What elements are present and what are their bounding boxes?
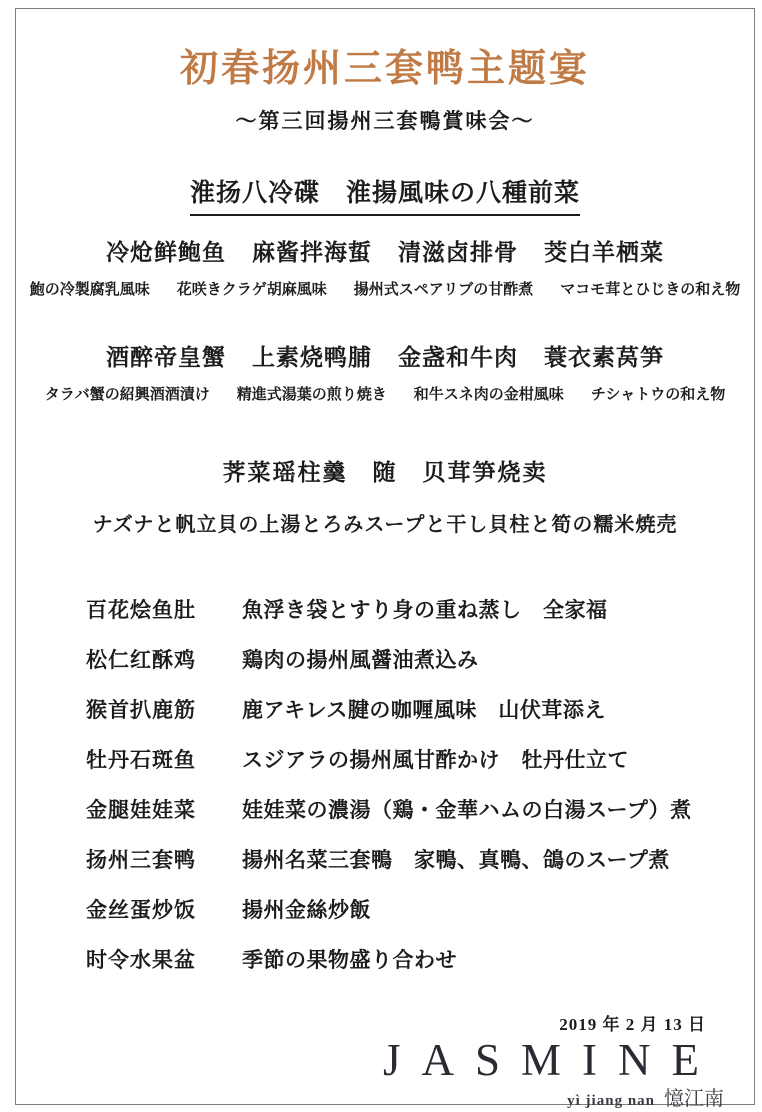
main-course-row: 扬州三套鸭 揚州名菜三套鴨 家鴨、真鴨、鴿のスープ煮 [86, 844, 754, 894]
course-name: 时令水果盆 [86, 944, 242, 974]
appetizer-row-2: 酒醉帝皇蟹 上素烧鸭脯 金盏和牛肉 蓑衣素莴笋 [16, 343, 754, 373]
appetizer-row-1: 冷炝鲜鲍鱼 麻酱拌海蜇 清滋卤排骨 茭白羊栖菜 [16, 238, 754, 268]
dish-description: タラバ蟹の紹興酒酒漬け [45, 385, 210, 406]
course-name: 猴首扒鹿筋 [86, 694, 242, 724]
dish-description: マコモ茸とひじきの和え物 [560, 280, 740, 301]
main-course-row: 金腿娃娃菜 娃娃菜の濃湯（鶏・金華ハムの白湯スープ）煮 [86, 794, 754, 844]
logo-wordmark: JASMINE [383, 1035, 720, 1085]
course-name: 金丝蛋炒饭 [86, 894, 242, 924]
course-description: 季節の果物盛り合わせ [242, 944, 457, 974]
menu-date: 2019 年 2 月 13 日 [16, 1010, 754, 1035]
soup-course-name: 荠菜瑶柱羹 随 贝茸笋烧卖 [16, 458, 754, 488]
dish-description: 鮑の冷製腐乳風味 [30, 280, 150, 301]
menu-subtitle: ～第三回揚州三套鴨賞味会～ [16, 107, 754, 135]
main-course-row: 猴首扒鹿筋 鹿アキレス腱の咖喱風味 山伏茸添え [86, 694, 754, 744]
course-name: 扬州三套鸭 [86, 844, 242, 874]
menu-page: 初春扬州三套鸭主题宴 ～第三回揚州三套鴨賞味会～ 淮扬八冷碟 淮揚風味の八種前菜… [0, 0, 762, 1112]
restaurant-logo: JASMINE [16, 1037, 754, 1094]
course-name: 金腿娃娃菜 [86, 794, 242, 824]
dish-name: 冷炝鲜鲍鱼 [106, 238, 226, 268]
dish-name: 麻酱拌海蜇 [252, 238, 372, 268]
main-course-row: 松仁红酥鸡 鶏肉の揚州風醤油煮込み [86, 644, 754, 694]
logo-tagline-cjk: 憶江南 [664, 1088, 724, 1110]
dish-name: 蓑衣素莴笋 [544, 343, 664, 373]
course-description: 揚州金絲炒飯 [242, 894, 371, 924]
course-name: 百花烩鱼肚 [86, 594, 242, 624]
page-border-frame: 初春扬州三套鸭主题宴 ～第三回揚州三套鴨賞味会～ 淮扬八冷碟 淮揚風味の八種前菜… [15, 8, 755, 1105]
main-course-row: 百花烩鱼肚 魚浮き袋とすり身の重ね蒸し 全家福 [86, 594, 754, 644]
course-description: 鶏肉の揚州風醤油煮込み [242, 644, 479, 674]
course-description: スジアラの揚州風甘酢かけ 牡丹仕立て [242, 744, 629, 774]
course-description: 揚州名菜三套鴨 家鴨、真鴨、鴿のスープ煮 [242, 844, 670, 874]
main-course-row: 牡丹石斑鱼 スジアラの揚州風甘酢かけ 牡丹仕立て [86, 744, 754, 794]
course-name: 松仁红酥鸡 [86, 644, 242, 674]
dish-description: 和牛スネ肉の金柑風味 [414, 385, 564, 406]
menu-content: 初春扬州三套鸭主题宴 ～第三回揚州三套鴨賞味会～ 淮扬八冷碟 淮揚風味の八種前菜… [16, 9, 754, 1104]
soup-course-description: ナズナと帆立貝の上湯とろみスープと干し貝柱と筍の糯米焼売 [16, 512, 754, 538]
appetizer-section: 淮扬八冷碟 淮揚風味の八種前菜 [16, 177, 754, 216]
main-course-row: 时令水果盆 季節の果物盛り合わせ [86, 944, 754, 994]
dish-name: 金盏和牛肉 [398, 343, 518, 373]
course-description: 魚浮き袋とすり身の重ね蒸し 全家福 [242, 594, 608, 624]
dish-description: 揚州式スペアリブの甘酢煮 [354, 280, 533, 301]
dish-name: 酒醉帝皇蟹 [106, 343, 226, 373]
dish-name: 上素烧鸭脯 [252, 343, 372, 373]
main-course-list: 百花烩鱼肚 魚浮き袋とすり身の重ね蒸し 全家福 松仁红酥鸡 鶏肉の揚州風醤油煮込… [86, 594, 754, 994]
course-description: 娃娃菜の濃湯（鶏・金華ハムの白湯スープ）煮 [242, 794, 692, 824]
dish-name: 茭白羊栖菜 [544, 238, 664, 268]
logo-tagline-latin: yì jiang nan [567, 1093, 655, 1109]
appetizer-heading: 淮扬八冷碟 淮揚風味の八種前菜 [190, 177, 580, 216]
appetizer-desc-row-2: タラバ蟹の紹興酒酒漬け 精進式湯葉の煎り焼き 和牛スネ肉の金柑風味 チシャトウの… [16, 385, 754, 406]
course-name: 牡丹石斑鱼 [86, 744, 242, 774]
appetizer-desc-row-1: 鮑の冷製腐乳風味 花咲きクラゲ胡麻風味 揚州式スペアリブの甘酢煮 マコモ茸とひじ… [16, 280, 754, 301]
dish-description: チシャトウの和え物 [591, 385, 725, 406]
menu-title: 初春扬州三套鸭主题宴 [16, 9, 754, 95]
dish-name: 清滋卤排骨 [398, 238, 518, 268]
main-course-row: 金丝蛋炒饭 揚州金絲炒飯 [86, 894, 754, 944]
dish-description: 精進式湯葉の煎り焼き [237, 385, 387, 406]
course-description: 鹿アキレス腱の咖喱風味 山伏茸添え [242, 694, 606, 724]
dish-description: 花咲きクラゲ胡麻風味 [177, 280, 327, 301]
